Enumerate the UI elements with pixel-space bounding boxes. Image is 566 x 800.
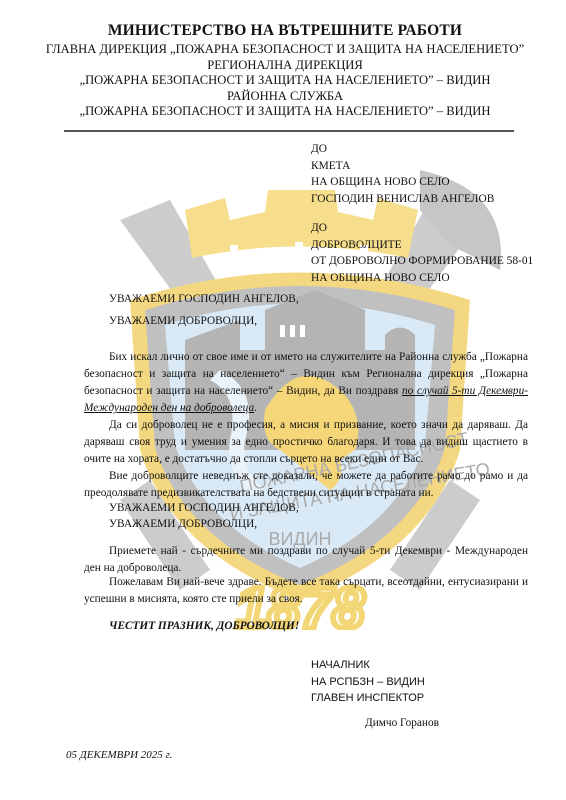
- recipient-line: ОТ ДОБРОВОЛНО ФОРМИРОВАНИЕ 58-01: [311, 253, 533, 270]
- signer-name: Димчо Горанов: [365, 717, 439, 729]
- recipient-line: НА ОБЩИНА НОВО СЕЛО: [311, 270, 533, 287]
- signature-line: ГЛАВЕН ИНСПЕКТОР: [311, 690, 425, 707]
- header-divider: [64, 130, 514, 132]
- closing-greeting: ЧЕСТИТ ПРАЗНИК, ДОБРОВОЛЦИ!: [109, 620, 299, 632]
- recipient-line: НА ОБЩИНА НОВО СЕЛО: [311, 174, 494, 191]
- paragraph-proven: Вие доброволците неведнъж сте доказали, …: [84, 468, 528, 502]
- salutation-mayor: УВАЖАЕМИ ГОСПОДИН АНГЕЛОВ,: [109, 291, 299, 308]
- salutation-volunteers: УВАЖАЕМИ ДОБРОВОЛЦИ,: [109, 313, 257, 330]
- paragraph-greeting: Бих искал лично от свое име и от името н…: [84, 349, 528, 417]
- recipient-line: ГОСПОДИН ВЕНИСЛАВ АНГЕЛОВ: [311, 191, 494, 208]
- document-date: 05 ДЕКЕМВРИ 2025 г.: [66, 749, 172, 761]
- letterhead-line: РАЙОННА СЛУЖБА: [40, 89, 530, 105]
- ministry-title: МИНИСТЕРСТВО НА ВЪТРЕШНИТЕ РАБОТИ: [40, 22, 530, 40]
- recipient-line: ДОБРОВОЛЦИТЕ: [311, 237, 533, 254]
- letterhead-line: „ПОЖАРНА БЕЗОПАСНОСТ И ЗАЩИТА НА НАСЕЛЕН…: [40, 104, 530, 120]
- letterhead-line: РЕГИОНАЛНА ДИРЕКЦИЯ: [40, 58, 530, 74]
- paragraph-regards: Приемете най - сърдечните ми поздрави по…: [84, 543, 528, 577]
- recipient-line: ДО: [311, 141, 494, 158]
- signature-block: НАЧАЛНИК НА РСПБЗН – ВИДИН ГЛАВЕН ИНСПЕК…: [311, 657, 425, 707]
- recipient-volunteers: ДО ДОБРОВОЛЦИТЕ ОТ ДОБРОВОЛНО ФОРМИРОВАН…: [311, 220, 533, 286]
- document-page: 1878 ПОЖАРНА БЕЗОПАСНОСТ И ЗАЩИТА НА НАС…: [0, 0, 566, 800]
- signature-line: НАЧАЛНИК: [311, 657, 425, 674]
- letterhead-line: „ПОЖАРНА БЕЗОПАСНОСТ И ЗАЩИТА НА НАСЕЛЕН…: [40, 73, 530, 89]
- salutation-repeat: УВАЖАЕМИ ГОСПОДИН АНГЕЛОВ, УВАЖАЕМИ ДОБР…: [109, 500, 299, 532]
- letterhead: ГЛАВНА ДИРЕКЦИЯ „ПОЖАРНА БЕЗОПАСНОСТ И З…: [40, 42, 530, 120]
- paragraph-wishes: Пожелавам Ви най-вече здраве. Бъдете все…: [84, 574, 528, 608]
- recipient-mayor: ДО КМЕТА НА ОБЩИНА НОВО СЕЛО ГОСПОДИН ВЕ…: [311, 141, 494, 207]
- recipient-line: ДО: [311, 220, 533, 237]
- letterhead-line: ГЛАВНА ДИРЕКЦИЯ „ПОЖАРНА БЕЗОПАСНОСТ И З…: [40, 42, 530, 58]
- signature-line: НА РСПБЗН – ВИДИН: [311, 674, 425, 691]
- recipient-line: КМЕТА: [311, 158, 494, 175]
- paragraph-mission: Да си доброволец не е професия, а мисия …: [84, 417, 528, 468]
